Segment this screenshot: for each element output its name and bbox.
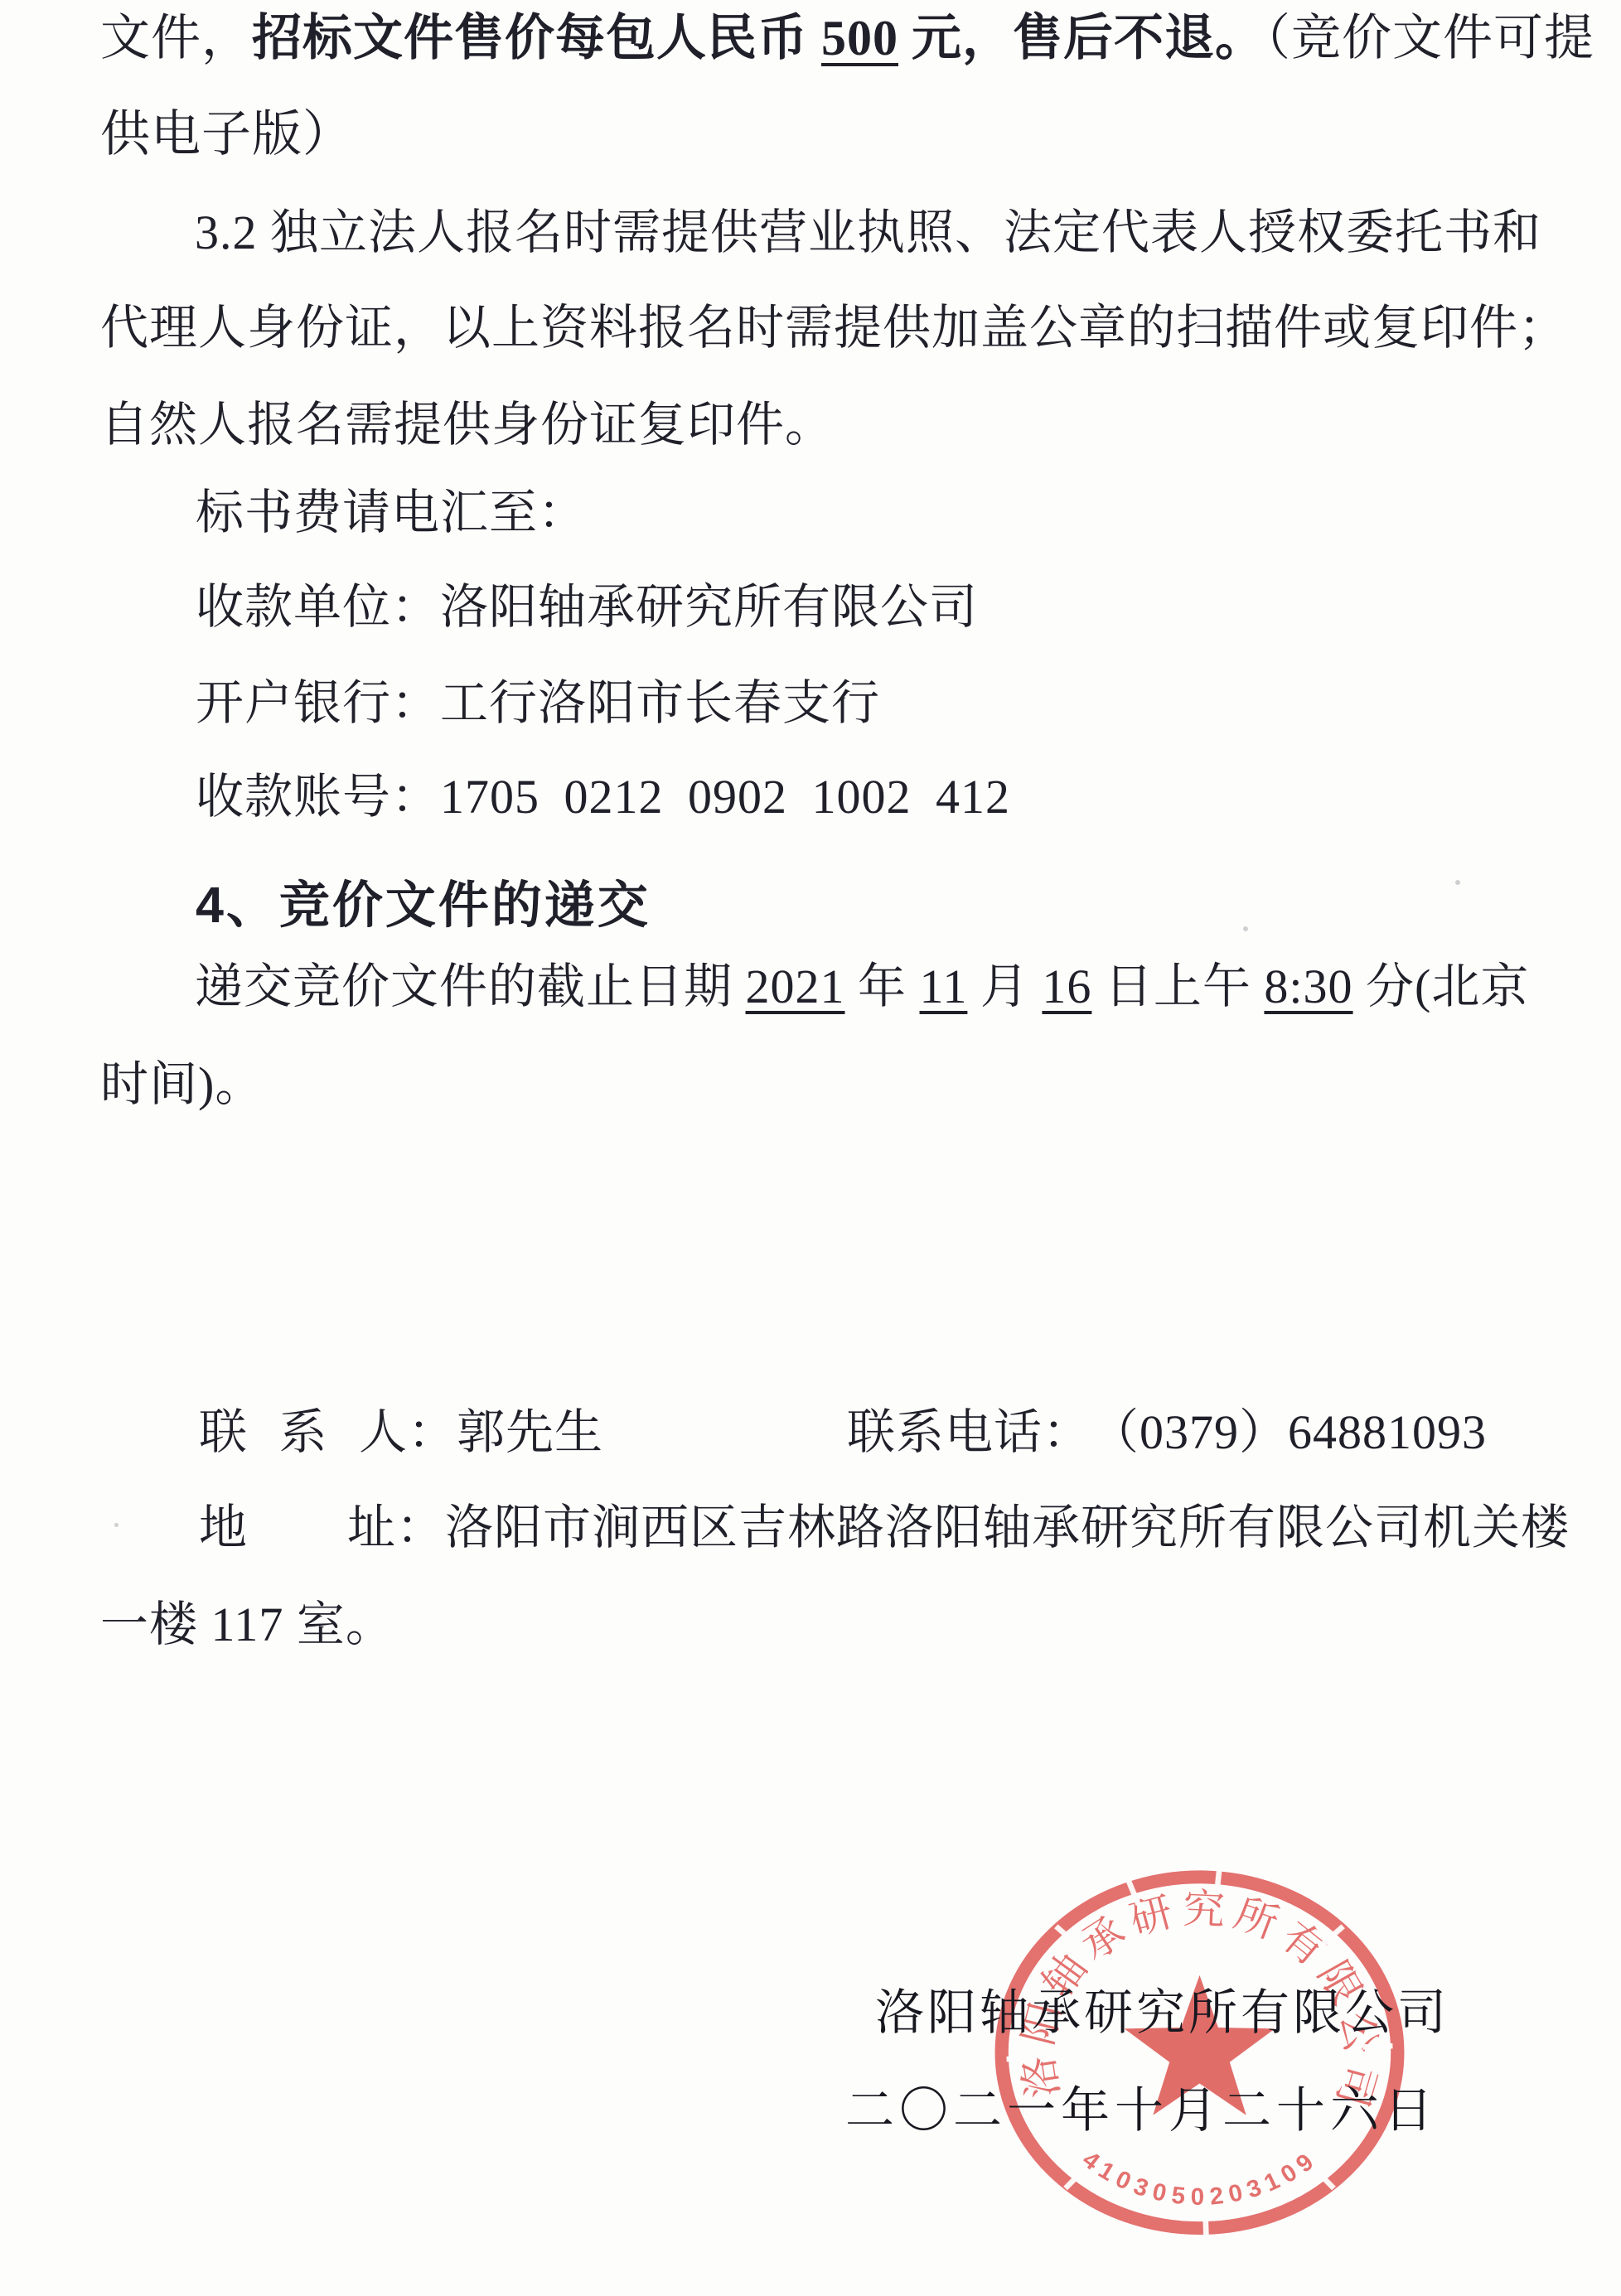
line-deadline-cont: 时间)。 — [100, 1061, 264, 1109]
scan-speck — [1455, 880, 1460, 885]
line-contact-phone: 联系电话：（0379）64881093 — [847, 1409, 1487, 1457]
fee-line-prefix: 文件， — [100, 11, 252, 65]
fee-amount-underlined: 500 — [821, 11, 898, 65]
line-address: 地址：洛阳市涧西区吉林路洛阳轴承研究所有限公司机关楼 — [199, 1504, 1570, 1552]
bank-value: 工行洛阳市长春支行 — [440, 676, 880, 730]
contact-phone-label: 联系电话： — [847, 1405, 1091, 1459]
line-clause-3-2-cont: 代理人身份证，以上资料报名时需提供加盖公章的扫描件或复印件； — [100, 304, 1567, 352]
line-bank: 开户银行：工行洛阳市长春支行 — [196, 679, 880, 727]
payee-value: 洛阳轴承研究所有限公司 — [440, 580, 978, 634]
contact-phone-number: （0379）64881093 — [1115, 1405, 1487, 1459]
signature-date: 二〇二一年十月二十六日 — [845, 2086, 1438, 2135]
line-deadline: 递交竞价文件的截止日期 2021 年 11 月 16 日上午 8:30 分(北京 — [195, 963, 1529, 1011]
line-account: 收款账号：1705 0212 0902 1002 412 — [196, 773, 1010, 821]
line-address-cont: 一楼 117 室。 — [100, 1601, 394, 1649]
address-value: 洛阳市涧西区吉林路洛阳轴承研究所有限公司机关楼 — [445, 1501, 1570, 1554]
account-label: 收款账号： — [196, 770, 440, 824]
deadline-time: 8:30 — [1264, 959, 1352, 1013]
fee-paren-note: （竞价文件可提 — [1265, 11, 1594, 65]
deadline-sep-year: 年 — [845, 959, 920, 1013]
line-remit-title: 标书费请电汇至： — [196, 489, 587, 537]
contact-person-label: 联 系 人： — [199, 1405, 457, 1459]
section-4-heading: 4、竞价文件的递交 — [196, 880, 651, 930]
company-seal-graphic: 洛阳轴承研究所有限公司 4103050203109 — [978, 1858, 1421, 2252]
address-label-b: 址： — [347, 1501, 445, 1554]
line-contact-person: 联 系 人：郭先生 — [199, 1409, 603, 1457]
account-number: 1705 0212 0902 1002 412 — [440, 770, 1010, 824]
contact-person-name: 郭先生 — [457, 1405, 603, 1459]
deadline-sep-day: 日上午 — [1091, 959, 1264, 1013]
deadline-year: 2021 — [746, 959, 845, 1013]
line-clause-3-2-end: 自然人报名需提供身份证复印件。 — [100, 401, 834, 449]
seal-serial-number: 4103050203109 — [1077, 2145, 1323, 2211]
fee-bold-clause: 招标文件售价每包人民币 — [252, 11, 821, 65]
deadline-day: 16 — [1042, 959, 1091, 1013]
fee-bold-clause-tail: 元，售后不退。 — [898, 11, 1265, 65]
company-seal: 洛阳轴承研究所有限公司 4103050203109 — [978, 1858, 1421, 2252]
scanned-document-page: 文件，招标文件售价每包人民币 500 元，售后不退。（竞价文件可提 供电子版） … — [0, 0, 1621, 2296]
scan-speck — [1243, 926, 1248, 931]
address-label-a: 地 — [199, 1504, 248, 1552]
line-electronic-version: 供电子版） — [100, 109, 353, 159]
bank-label: 开户银行： — [196, 676, 440, 730]
deadline-month: 11 — [920, 959, 968, 1013]
deadline-prefix: 递交竞价文件的截止日期 — [195, 959, 746, 1013]
line-clause-3-2: 3.2 独立法人报名时需提供营业执照、法定代表人授权委托书和 — [195, 209, 1541, 257]
deadline-sep-month: 月 — [967, 959, 1042, 1013]
deadline-suffix: 分(北京 — [1353, 959, 1530, 1013]
line-tender-fee: 文件，招标文件售价每包人民币 500 元，售后不退。（竞价文件可提 — [100, 13, 1594, 63]
signature-company: 洛阳轴承研究所有限公司 — [875, 1989, 1449, 2037]
line-payee: 收款单位：洛阳轴承研究所有限公司 — [196, 583, 978, 631]
payee-label: 收款单位： — [196, 580, 440, 634]
scan-speck — [114, 1523, 119, 1527]
